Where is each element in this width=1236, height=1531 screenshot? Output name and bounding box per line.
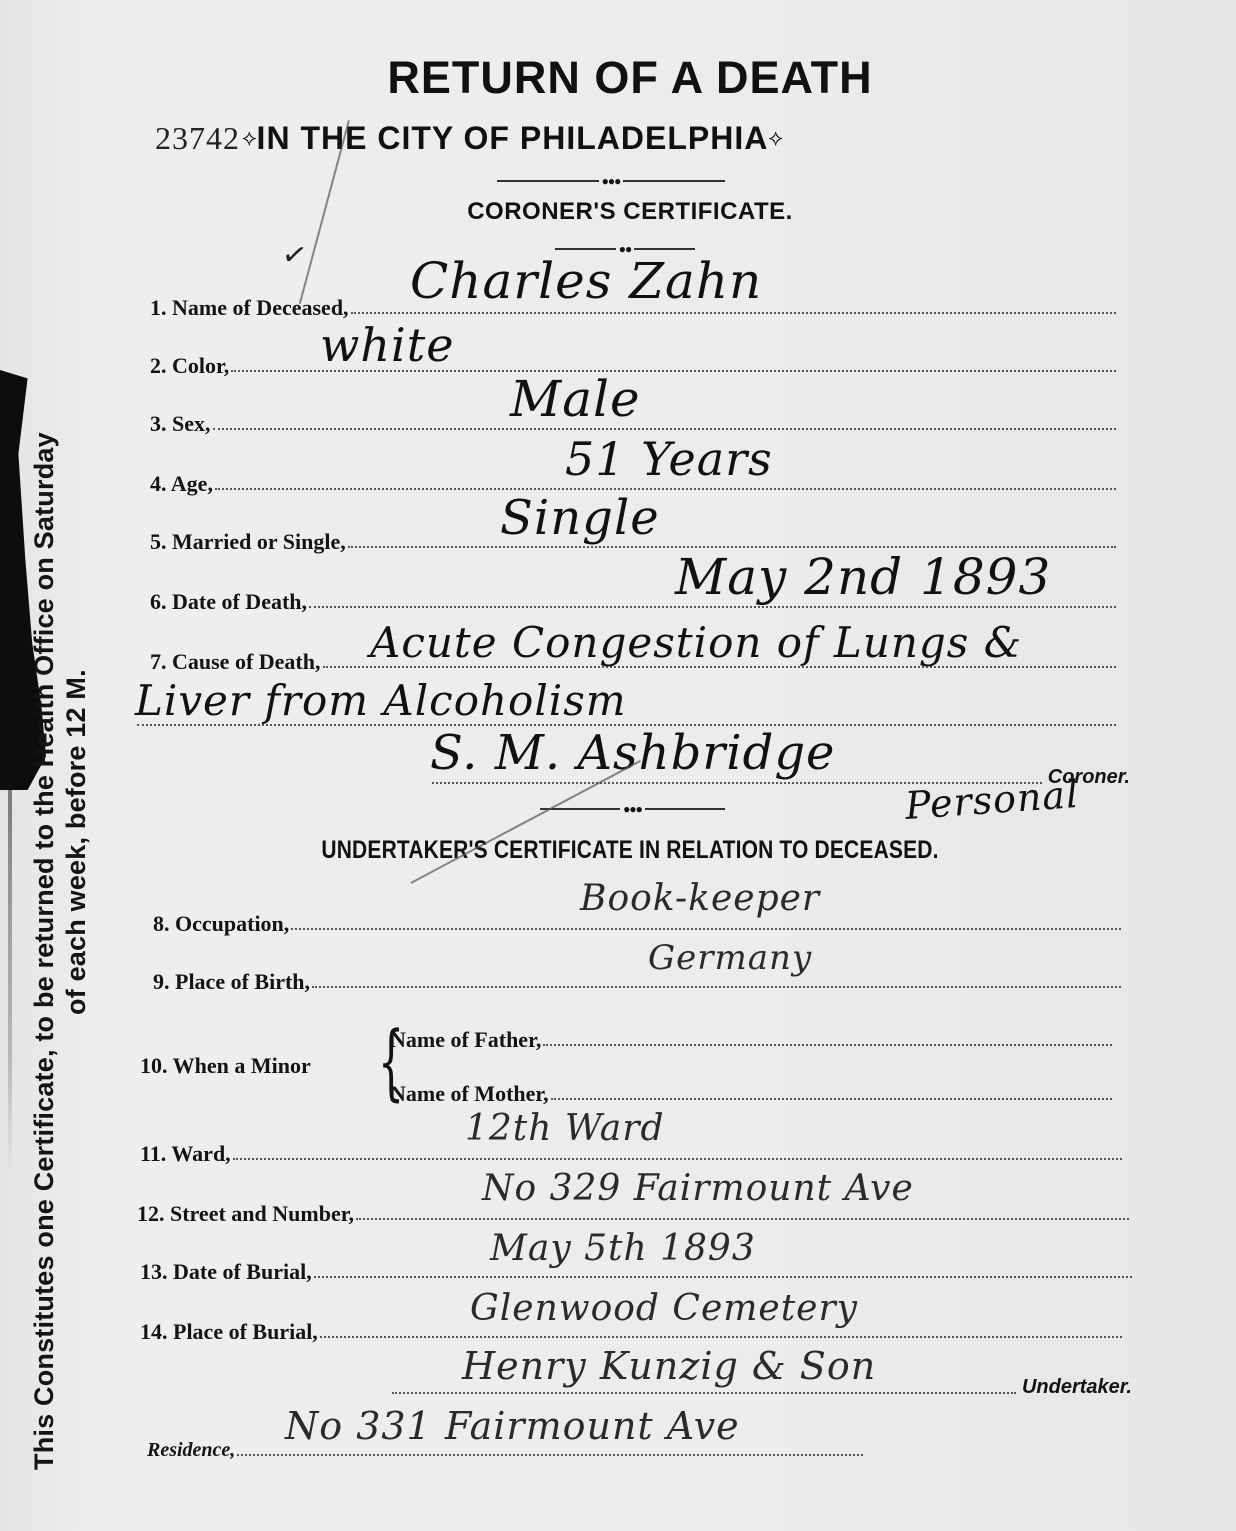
field-value-residence: No 331 Fairmount Ave xyxy=(285,1404,740,1448)
field-value-place-of-burial: Glenwood Cemetery xyxy=(470,1288,858,1329)
paper-crease xyxy=(8,790,12,1170)
field-when-a-minor: 10. When a Minor xyxy=(140,1040,370,1080)
field-label: 7. Cause of Death, xyxy=(150,650,321,676)
divider-dots-icon: ●●● xyxy=(623,802,642,817)
field-value-street: No 329 Fairmount Ave xyxy=(482,1168,914,1209)
field-label: 2. Color, xyxy=(150,354,229,380)
ornament-right-icon: ⟡ xyxy=(768,125,783,151)
field-label: 5. Married or Single, xyxy=(150,530,346,556)
field-value-color: white xyxy=(320,318,454,372)
field-label: Residence, xyxy=(147,1438,235,1464)
field-label: 6. Date of Death, xyxy=(150,590,307,616)
field-label: 14. Place of Burial, xyxy=(140,1320,318,1346)
field-label: 11. Ward, xyxy=(140,1142,231,1168)
undertaker-title-label: Undertaker. xyxy=(1022,1376,1132,1402)
field-place-of-birth: 9. Place of Birth, xyxy=(153,956,1121,996)
ornamental-divider: ●●● xyxy=(497,176,725,186)
divider-dots-icon: ●●● xyxy=(602,174,621,189)
side-instruction-note: This Constitutes one Certificate, to be … xyxy=(28,50,92,1470)
field-label: 9. Place of Birth, xyxy=(153,970,310,996)
field-value-age: 51 Years xyxy=(565,432,773,486)
field-value-name: Charles Zahn xyxy=(410,252,762,310)
field-label: 3. Sex, xyxy=(150,412,211,438)
undertaker-signature: Henry Kunzig & Son xyxy=(462,1344,876,1388)
undertaker-section-title: UNDERTAKER'S CERTIFICATE IN RELATION TO … xyxy=(101,836,1159,865)
field-label: Name of Father, xyxy=(390,1028,541,1054)
field-name-of-father: Name of Father, xyxy=(390,1014,1112,1054)
field-label: 8. Occupation, xyxy=(153,912,289,938)
field-value-sex: Male xyxy=(510,370,641,428)
field-label: 4. Age, xyxy=(150,472,213,498)
subtitle-row: 23742 ⟡ IN THE CITY OF PHILADELPHIA ⟡ xyxy=(155,116,783,160)
field-value-marital: Single xyxy=(500,490,660,546)
certificate-number: 23742 xyxy=(155,120,240,157)
field-label: 12. Street and Number, xyxy=(137,1202,354,1228)
ornamental-divider: ●●● xyxy=(540,804,725,814)
field-value-cause-of-death: Acute Congestion of Lungs & xyxy=(370,618,1022,667)
field-label: Name of Mother, xyxy=(390,1082,549,1108)
document-subtitle: IN THE CITY OF PHILADELPHIA xyxy=(257,120,769,157)
checkmark-icon: ✓ xyxy=(279,236,310,275)
field-value-occupation: Book-keeper xyxy=(580,878,820,919)
field-value-date-of-death: May 2nd 1893 xyxy=(675,548,1051,606)
ornament-left-icon: ⟡ xyxy=(242,125,257,151)
field-value-place-of-birth: Germany xyxy=(648,938,812,978)
field-value-date-of-burial: May 5th 1893 xyxy=(490,1228,756,1269)
field-value-cause-of-death-line2: Liver from Alcoholism xyxy=(135,676,627,725)
field-name-of-mother: Name of Mother, xyxy=(390,1068,1112,1108)
field-label: 10. When a Minor xyxy=(140,1054,311,1080)
side-note-line-2: of each week, before 12 M. xyxy=(60,50,92,1470)
document-title: RETURN OF A DEATH xyxy=(0,52,1236,104)
death-certificate-page: This Constitutes one Certificate, to be … xyxy=(0,0,1236,1531)
field-value-ward: 12th Ward xyxy=(465,1108,665,1149)
side-note-line-1: This Constitutes one Certificate, to be … xyxy=(28,50,60,1470)
coroner-section-title: CORONER'S CERTIFICATE. xyxy=(0,198,1236,226)
field-label: 1. Name of Deceased, xyxy=(150,296,349,322)
coroner-signature: S. M. Ashbridge xyxy=(430,725,835,781)
field-label: 13. Date of Burial, xyxy=(140,1260,312,1286)
